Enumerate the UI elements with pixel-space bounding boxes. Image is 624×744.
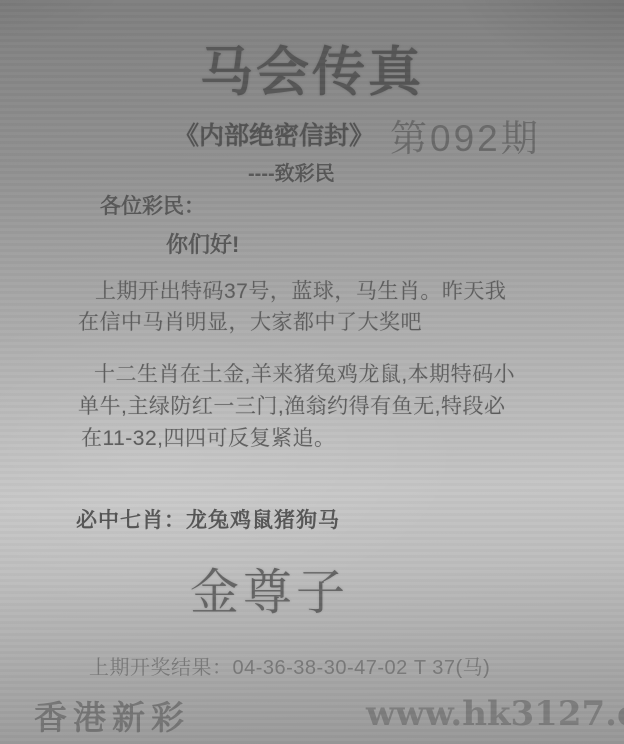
page-title: 马会传真 [0, 30, 624, 106]
salutation: 各位彩民： [100, 190, 205, 220]
issue-number: 第092期 [390, 108, 541, 162]
fax-sheet: 马会传真 《内部绝密信封》 第092期 ----致彩民 各位彩民： 你们好! 上… [0, 0, 624, 744]
last-draw-result: 上期开奖结果：04-36-38-30-47-02 T 37(马) [89, 651, 490, 680]
signature: 金尊子 [190, 554, 349, 624]
brand-name: 香港新彩 [34, 692, 190, 739]
greeting: 你们好! [166, 228, 239, 259]
paragraph-line: 在信中马肖明显，大家都中了大奖吧 [78, 306, 422, 336]
paragraph-line: 在11-32,四四可反复紧追。 [81, 422, 336, 452]
envelope-label: 《内部绝密信封》 [174, 116, 374, 152]
dedication-line: ----致彩民 [248, 157, 335, 186]
website-url: www.hk3127.com [366, 694, 624, 734]
seven-xiao-line: 必中七肖：龙兔鸡鼠猪狗马 [76, 504, 340, 534]
paragraph-line: 单牛,主绿防红一三门,渔翁约得有鱼无,特段必 [78, 390, 506, 420]
paragraph-line: 上期开出特码37号，蓝球，马生肖。昨天我 [95, 275, 506, 305]
paragraph-line: 十二生肖在土金,羊来猪兔鸡龙鼠,本期特码小 [94, 358, 515, 388]
